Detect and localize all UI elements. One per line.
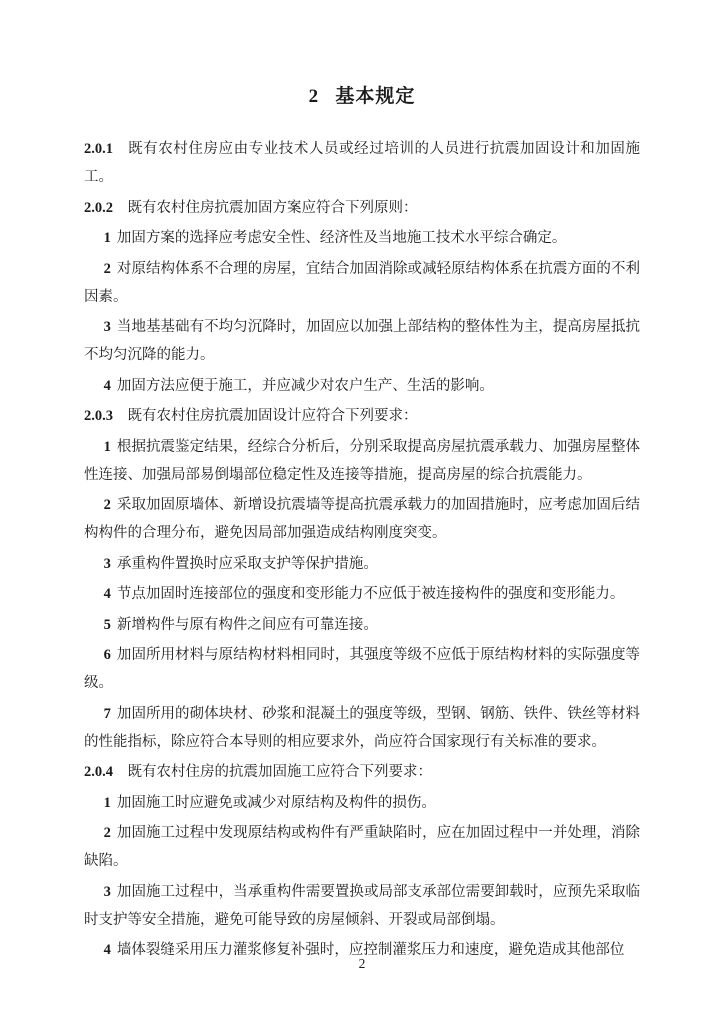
document-body: 2.0.1既有农村住房应由专业技术人员或经过培训的人员进行抗震加固设计和加固施工… (84, 135, 640, 964)
paragraph-text: 新增构件与原有构件之间应有可靠连接。 (117, 617, 378, 633)
paragraph-text: 加固方案的选择应考虑安全性、经济性及当地施工技术水平综合确定。 (117, 230, 567, 246)
item-number: 3 (104, 884, 111, 900)
item-number: 1 (104, 795, 111, 811)
item-paragraph: 6加固所用材料与原结构材料相同时，其强度等级不应低于原结构材料的实际强度等级。 (84, 641, 640, 697)
item-paragraph: 4加固方法应便于施工，并应减少对农户生产、生活的影响。 (84, 372, 640, 400)
clause-number: 2.0.3 (84, 408, 113, 424)
paragraph-text: 加固施工过程中，当承重构件需要置换或局部支承部位需要卸载时，应预先采取临时支护等… (84, 884, 640, 928)
item-number: 6 (104, 647, 111, 663)
item-paragraph: 5新增构件与原有构件之间应有可靠连接。 (84, 611, 640, 639)
item-number: 3 (104, 319, 111, 335)
item-paragraph: 3承重构件置换时应采取支护等保护措施。 (84, 550, 640, 578)
paragraph-text: 既有农村住房抗震加固方案应符合下列原则： (128, 200, 418, 216)
clause-paragraph: 2.0.2既有农村住房抗震加固方案应符合下列原则： (84, 194, 640, 222)
paragraph-text: 加固所用的砌体块材、砂浆和混凝土的强度等级，型钢、钢筋、铁件、铁丝等材料的性能指… (84, 706, 640, 750)
paragraph-text: 既有农村住房的抗震加固施工应符合下列要求： (128, 764, 433, 780)
item-number: 4 (104, 586, 111, 602)
clause-paragraph: 2.0.1既有农村住房应由专业技术人员或经过培训的人员进行抗震加固设计和加固施工… (84, 135, 640, 191)
page-number: 2 (0, 956, 724, 972)
paragraph-text: 承重构件置换时应采取支护等保护措施。 (117, 556, 378, 572)
item-paragraph: 3当地基基础有不均匀沉降时，加固应以加强上部结构的整体性为主，提高房屋抵抗不均匀… (84, 313, 640, 369)
item-number: 1 (104, 230, 111, 246)
paragraph-text: 加固方法应便于施工，并应减少对农户生产、生活的影响。 (117, 378, 494, 394)
clause-number: 2.0.1 (84, 141, 113, 157)
item-number: 3 (104, 556, 111, 572)
item-number: 2 (104, 497, 111, 513)
item-number: 2 (104, 261, 111, 277)
item-paragraph: 2对原结构体系不合理的房屋，宜结合加固消除或减轻原结构体系在抗震方面的不利因素。 (84, 255, 640, 311)
item-paragraph: 7加固所用的砌体块材、砂浆和混凝土的强度等级，型钢、钢筋、铁件、铁丝等材料的性能… (84, 700, 640, 756)
item-number: 2 (104, 825, 111, 841)
clause-paragraph: 2.0.4既有农村住房的抗震加固施工应符合下列要求： (84, 758, 640, 786)
paragraph-text: 根据抗震鉴定结果，经综合分析后，分别采取提高房屋抗震承载力、加强房屋整体性连接、… (84, 439, 640, 483)
item-paragraph: 1根据抗震鉴定结果，经综合分析后，分别采取提高房屋抗震承载力、加强房屋整体性连接… (84, 433, 640, 489)
paragraph-text: 采取加固原墙体、新增设抗震墙等提高抗震承载力的加固措施时，应考虑加固后结构构件的… (84, 497, 640, 541)
section-number: 2 (309, 86, 320, 107)
document-page: 2基本规定 2.0.1既有农村住房应由专业技术人员或经过培训的人员进行抗震加固设… (0, 0, 724, 1024)
paragraph-text: 加固所用材料与原结构材料相同时，其强度等级不应低于原结构材料的实际强度等级。 (84, 647, 640, 691)
clause-number: 2.0.4 (84, 764, 113, 780)
paragraph-text: 加固施工过程中发现原结构或构件有严重缺陷时，应在加固过程中一并处理，消除缺陷。 (84, 825, 640, 869)
item-paragraph: 2采取加固原墙体、新增设抗震墙等提高抗震承载力的加固措施时，应考虑加固后结构构件… (84, 491, 640, 547)
section-title-text: 基本规定 (335, 86, 415, 107)
paragraph-text: 节点加固时连接部位的强度和变形能力不应低于被连接构件的强度和变形能力。 (117, 586, 625, 602)
paragraph-text: 对原结构体系不合理的房屋，宜结合加固消除或减轻原结构体系在抗震方面的不利因素。 (84, 261, 640, 305)
item-number: 5 (104, 617, 111, 633)
paragraph-text: 加固施工时应避免或减少对原结构及构件的损伤。 (117, 795, 436, 811)
paragraph-text: 既有农村住房应由专业技术人员或经过培训的人员进行抗震加固设计和加固施工。 (84, 141, 640, 185)
item-paragraph: 2加固施工过程中发现原结构或构件有严重缺陷时，应在加固过程中一并处理，消除缺陷。 (84, 819, 640, 875)
clause-number: 2.0.2 (84, 200, 113, 216)
item-paragraph: 3加固施工过程中，当承重构件需要置换或局部支承部位需要卸载时，应预先采取临时支护… (84, 878, 640, 934)
paragraph-text: 既有农村住房抗震加固设计应符合下列要求： (128, 408, 418, 424)
clause-paragraph: 2.0.3既有农村住房抗震加固设计应符合下列要求： (84, 402, 640, 430)
paragraph-text: 当地基基础有不均匀沉降时，加固应以加强上部结构的整体性为主，提高房屋抵抗不均匀沉… (84, 319, 640, 363)
item-paragraph: 4节点加固时连接部位的强度和变形能力不应低于被连接构件的强度和变形能力。 (84, 580, 640, 608)
section-title: 2基本规定 (84, 86, 640, 108)
item-paragraph: 1加固方案的选择应考虑安全性、经济性及当地施工技术水平综合确定。 (84, 224, 640, 252)
item-number: 4 (104, 378, 111, 394)
item-paragraph: 1加固施工时应避免或减少对原结构及构件的损伤。 (84, 789, 640, 817)
item-number: 1 (104, 439, 111, 455)
item-number: 7 (104, 706, 111, 722)
